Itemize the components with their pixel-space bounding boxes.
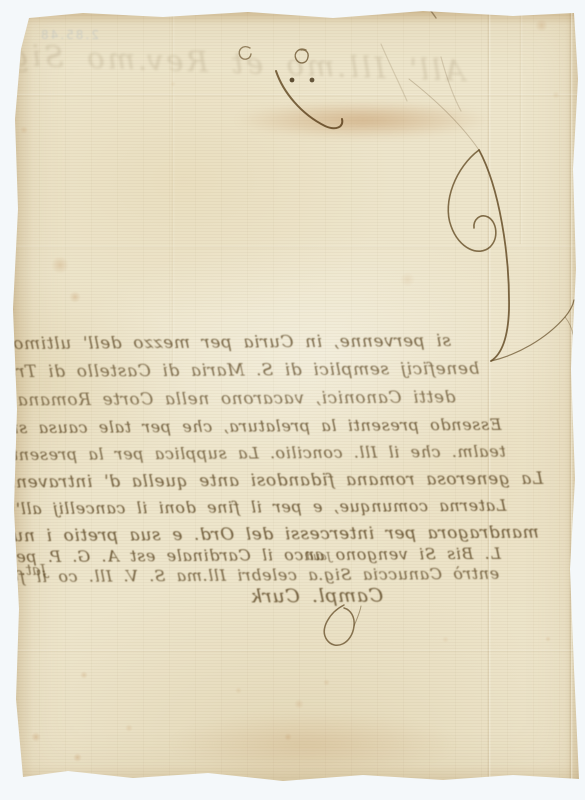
docket-curl-stroke bbox=[239, 47, 251, 59]
scanner-background: 2.85.48 All' Ill.mo et Rev.mo Sig.re si … bbox=[0, 0, 585, 800]
docket-ink-dot bbox=[310, 78, 315, 83]
docket-ghost-stroke bbox=[381, 44, 407, 101]
calligraphic-flourish-tail-end bbox=[565, 317, 573, 335]
docket-spiral-stroke bbox=[295, 49, 308, 63]
signature-loop-tail bbox=[354, 606, 361, 626]
calligraphic-flourish-tail bbox=[491, 300, 574, 361]
calligraphic-flourish-loop bbox=[448, 150, 496, 251]
docket-ghost-stroke bbox=[441, 57, 461, 111]
docket-ink-dot bbox=[290, 78, 295, 83]
docket-descender-stroke bbox=[276, 71, 342, 128]
signature-loop-stroke bbox=[324, 605, 354, 645]
ink-strokes-overlay bbox=[13, 9, 583, 791]
calligraphic-flourish-stem bbox=[479, 150, 509, 361]
manuscript-paper: 2.85.48 All' Ill.mo et Rev.mo Sig.re si … bbox=[13, 9, 583, 791]
top-edge-ink-tick bbox=[429, 9, 436, 18]
flourish-lead-stroke bbox=[409, 79, 479, 150]
